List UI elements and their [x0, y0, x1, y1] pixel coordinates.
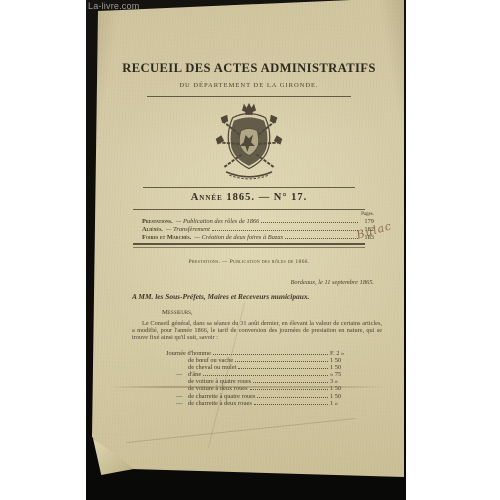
toc-entry-desc: — Création de deux foires à Bazas	[194, 234, 283, 242]
dot-leader	[261, 222, 358, 223]
dot-leader	[212, 230, 358, 231]
row-dash: —	[176, 400, 188, 407]
dot-leader	[238, 368, 328, 369]
row-dash: —	[176, 393, 188, 400]
tariff-row: de cheval ou mulet 1 50	[176, 364, 356, 371]
tariff-value: 1 50	[330, 357, 356, 364]
dot-leader	[254, 404, 328, 405]
page-title: RECUEIL DES ACTES ADMINISTRATIFS	[104, 60, 393, 76]
paper-crease	[127, 418, 356, 443]
tariff-value: 3 »	[330, 378, 356, 385]
toc-row: Prestations. — Publication des rôles de …	[142, 218, 374, 226]
tariff-row: Journée d'homme F. 2 »	[166, 350, 356, 357]
imperial-coat-of-arms-icon	[206, 103, 292, 185]
tariff-label: d'âne	[188, 371, 201, 378]
tariff-row: de voiture à deux roues 1 50	[176, 385, 356, 392]
tariff-label: de voiture à quatre roues	[188, 378, 251, 385]
thin-divider-rule	[133, 247, 365, 248]
toc-entry-title: Aliénés.	[142, 226, 163, 234]
pages-column-label: Pages.	[142, 212, 374, 217]
dot-leader	[250, 389, 328, 390]
toc-entry-title: Prestations.	[142, 218, 173, 226]
thick-divider-rule	[133, 243, 365, 245]
toc-entry-desc: — Transfèrement	[166, 226, 210, 234]
salutation-line: A MM. les Sous-Préfets, Maires et Receve…	[132, 292, 384, 301]
tariff-value: » 75	[330, 371, 356, 378]
toc-entry-desc: — Publication des rôles de 1866	[176, 218, 260, 226]
dot-leader	[203, 375, 328, 376]
tariff-value: 1 50	[330, 385, 356, 392]
tariff-row: — de charrette à deux roues 1 »	[176, 400, 356, 407]
paper-sheet: RECUEIL DES ACTES ADMINISTRATIFS DU DÉPA…	[86, 0, 406, 500]
divider-rule	[133, 209, 365, 210]
greeting: Messieurs,	[162, 309, 193, 316]
table-of-contents: Pages. Prestations. — Publication des rô…	[142, 212, 374, 242]
tariff-value: 1 »	[330, 400, 356, 407]
toc-entry-title: Foires et Marchés.	[142, 234, 191, 242]
tariff-row: — de charrette à quatre roues 1 50	[176, 393, 356, 400]
dateline: Bordeaux, le 11 septembre 1865.	[142, 279, 374, 286]
tariff-list: Journée d'homme F. 2 » de bœuf ou vache …	[166, 350, 356, 407]
dot-leader	[285, 238, 358, 239]
row-dash: —	[176, 371, 188, 378]
watermark-text: La-livre.com	[88, 1, 139, 11]
tariff-value: 1 50	[330, 364, 356, 371]
tariff-value: F. 2 »	[330, 350, 356, 357]
issue-line: Année 1865. — N° 17.	[100, 192, 398, 203]
dot-leader	[253, 382, 328, 383]
toc-row: Aliénés. — Transfèrement 182	[142, 226, 374, 234]
tariff-label: de cheval ou mulet	[188, 364, 236, 371]
toc-row: Foires et Marchés. — Création de deux fo…	[142, 234, 374, 242]
divider-rule	[147, 96, 351, 97]
dot-leader	[235, 361, 328, 362]
tariff-label: de charrette à quatre roues	[188, 393, 255, 400]
document-photo: RECUEIL DES ACTES ADMINISTRATIFS DU DÉPA…	[86, 0, 406, 500]
tariff-value: 1 50	[330, 393, 356, 400]
tariff-label: de bœuf ou vache	[188, 357, 233, 364]
dot-leader	[213, 354, 328, 355]
tariff-row: de bœuf ou vache 1 50	[176, 357, 356, 364]
body-paragraph: Le Conseil général, dans sa séance du 31…	[132, 320, 382, 342]
running-head: Prestations. — Publication des rôles de …	[100, 259, 398, 265]
tariff-row: — d'âne » 75	[176, 371, 356, 378]
tariff-label: de charrette à deux roues	[188, 400, 252, 407]
tariff-label: Journée d'homme	[166, 350, 211, 357]
divider-rule	[143, 187, 355, 188]
dot-leader	[257, 397, 328, 398]
tariff-row: de voiture à quatre roues 3 »	[176, 378, 356, 385]
tariff-label: de voiture à deux roues	[188, 385, 248, 392]
page-subtitle: DU DÉPARTEMENT DE LA GIRONDE.	[100, 82, 398, 89]
